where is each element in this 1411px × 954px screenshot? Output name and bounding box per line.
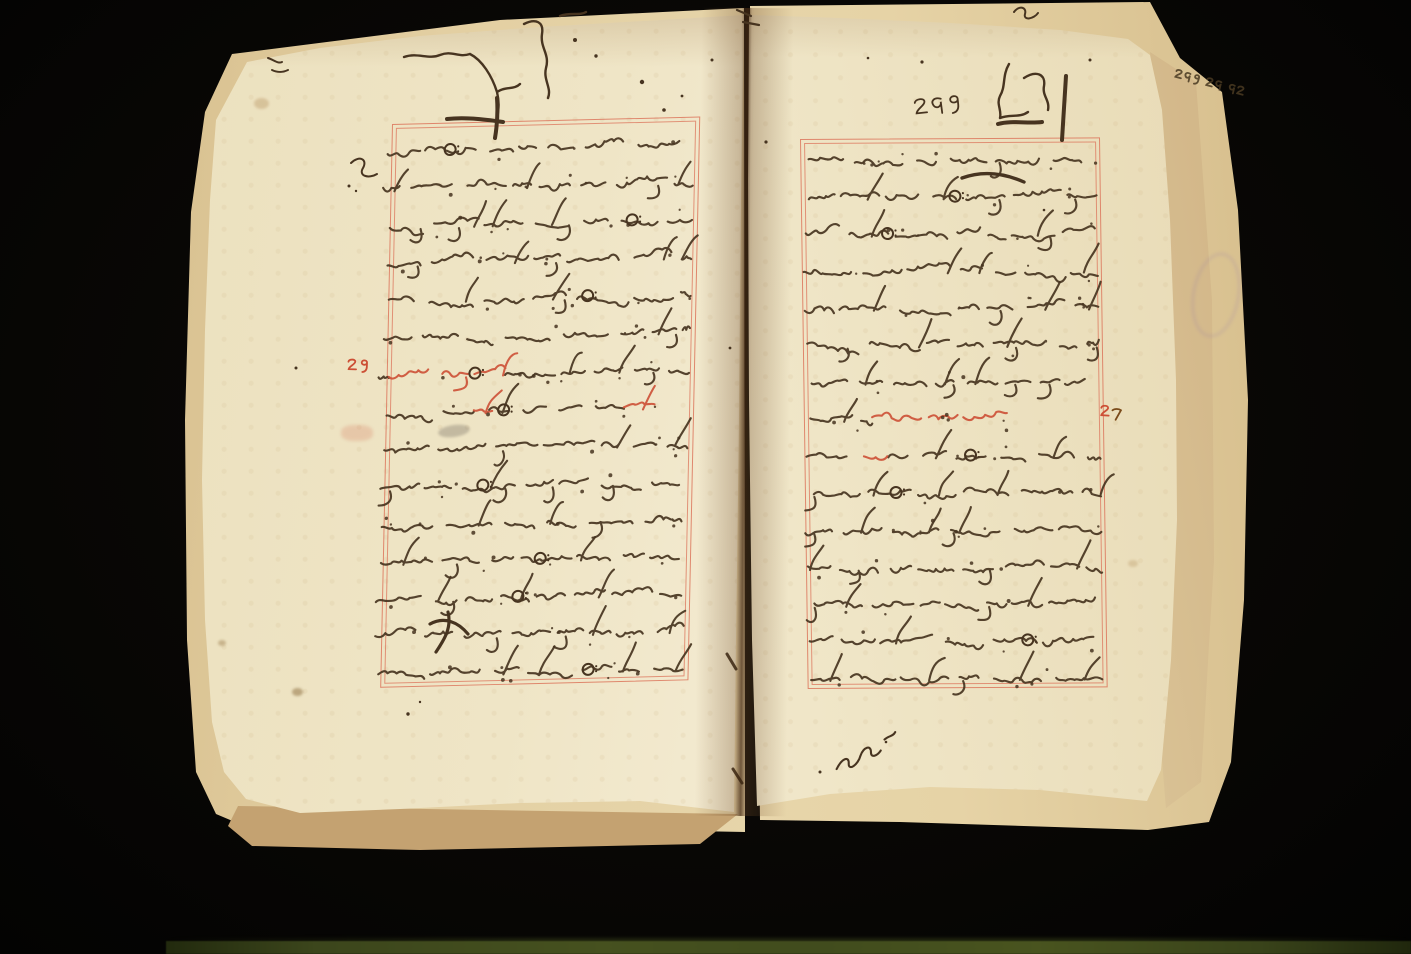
foxing-spot	[254, 98, 269, 109]
book-gutter	[694, 8, 793, 817]
manuscript-photograph: Open manuscript codex: two facing pages …	[0, 0, 1411, 954]
foxing-spot	[1128, 560, 1138, 567]
right-text-frame	[800, 137, 1108, 689]
foxing-spot	[218, 640, 226, 646]
film-edge-strip	[166, 941, 1411, 954]
left-text-frame	[380, 116, 700, 687]
foxing-spot	[292, 688, 303, 696]
rubric-offset-ghost	[341, 425, 373, 441]
